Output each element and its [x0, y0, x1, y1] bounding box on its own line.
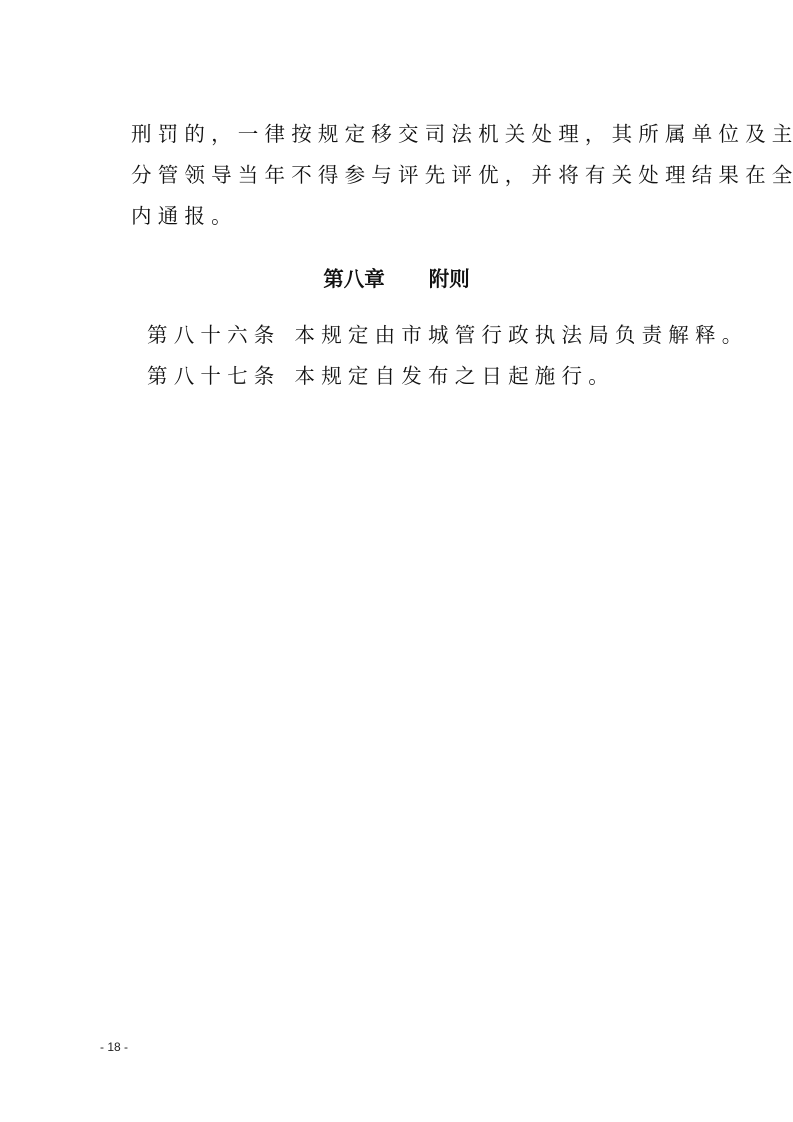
article-number: 第八十七条: [147, 364, 281, 388]
chapter-number: 第八章: [323, 267, 385, 291]
article-text: 本规定由市城管行政执法局负责解释。: [295, 323, 749, 347]
body-text-line: 刑罚的，一律按规定移交司法机关处理，其所属单位及主要领导、: [131, 122, 793, 146]
article-text: 本规定自发布之日起施行。: [295, 364, 615, 388]
article: 第八十七条本规定自发布之日起施行。: [147, 364, 615, 388]
article: 第八十六条本规定由市城管行政执法局负责解释。: [147, 323, 748, 347]
article-number: 第八十六条: [147, 323, 281, 347]
chapter-heading: 第八章附则: [0, 262, 793, 292]
body-text-line: 分管领导当年不得参与评先评优，并将有关处理结果在全局系统: [131, 163, 793, 187]
body-text-line: 内通报。: [131, 204, 238, 228]
chapter-title: 附则: [429, 267, 470, 291]
page-number: - 18 -: [100, 1040, 128, 1054]
